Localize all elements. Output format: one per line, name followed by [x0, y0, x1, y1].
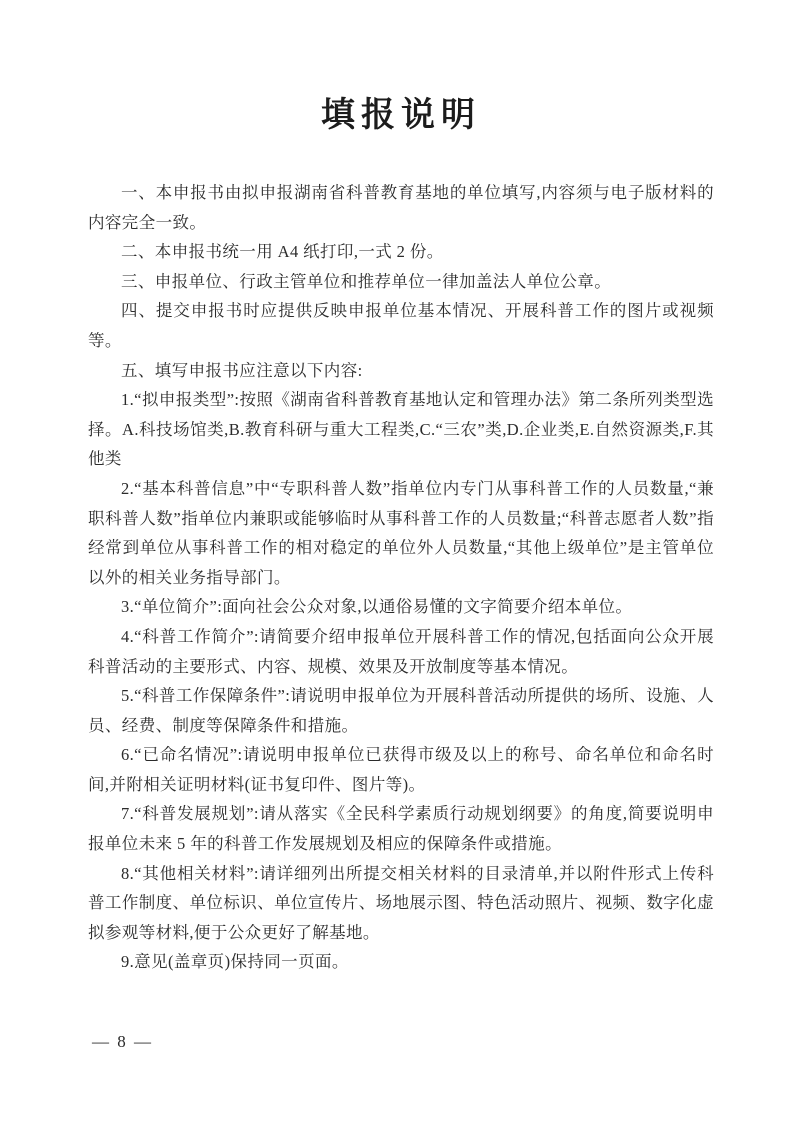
page-number: — 8 —: [92, 1032, 153, 1052]
paragraph-note-4: 4.“科普工作简介”:请简要介绍申报单位开展科普工作的情况,包括面向公众开展科普…: [88, 622, 714, 681]
page-title: 填报说明: [88, 96, 714, 136]
paragraph-item-4: 四、提交申报书时应提供反映申报单位基本情况、开展科普工作的图片或视频等。: [88, 296, 714, 355]
paragraph-item-2: 二、本申报书统一用 A4 纸打印,一式 2 份。: [88, 237, 714, 267]
paragraph-note-3: 3.“单位简介”:面向社会公众对象,以通俗易懂的文字简要介绍本单位。: [88, 592, 714, 622]
paragraph-note-8: 8.“其他相关材料”:请详细列出所提交相关材料的目录清单,并以附件形式上传科普工…: [88, 859, 714, 948]
paragraph-note-6: 6.“已命名情况”:请说明申报单位已获得市级及以上的称号、命名单位和命名时间,并…: [88, 740, 714, 799]
paragraph-note-9: 9.意见(盖章页)保持同一页面。: [88, 947, 714, 977]
document-page: 填报说明 一、本申报书由拟申报湖南省科普教育基地的单位填写,内容须与电子版材料的…: [0, 0, 800, 1132]
paragraph-note-7: 7.“科普发展规划”:请从落实《全民科学素质行动规划纲要》的角度,简要说明申报单…: [88, 799, 714, 858]
paragraph-item-5: 五、填写申报书应注意以下内容:: [88, 356, 714, 386]
document-body: 一、本申报书由拟申报湖南省科普教育基地的单位填写,内容须与电子版材料的内容完全一…: [88, 178, 714, 977]
paragraph-item-1: 一、本申报书由拟申报湖南省科普教育基地的单位填写,内容须与电子版材料的内容完全一…: [88, 178, 714, 237]
paragraph-note-5: 5.“科普工作保障条件”:请说明申报单位为开展科普活动所提供的场所、设施、人员、…: [88, 681, 714, 740]
paragraph-note-2: 2.“基本科普信息”中“专职科普人数”指单位内专门从事科普工作的人员数量,“兼职…: [88, 474, 714, 592]
paragraph-item-3: 三、申报单位、行政主管单位和推荐单位一律加盖法人单位公章。: [88, 267, 714, 297]
paragraph-note-1: 1.“拟申报类型”:按照《湖南省科普教育基地认定和管理办法》第二条所列类型选择。…: [88, 385, 714, 474]
